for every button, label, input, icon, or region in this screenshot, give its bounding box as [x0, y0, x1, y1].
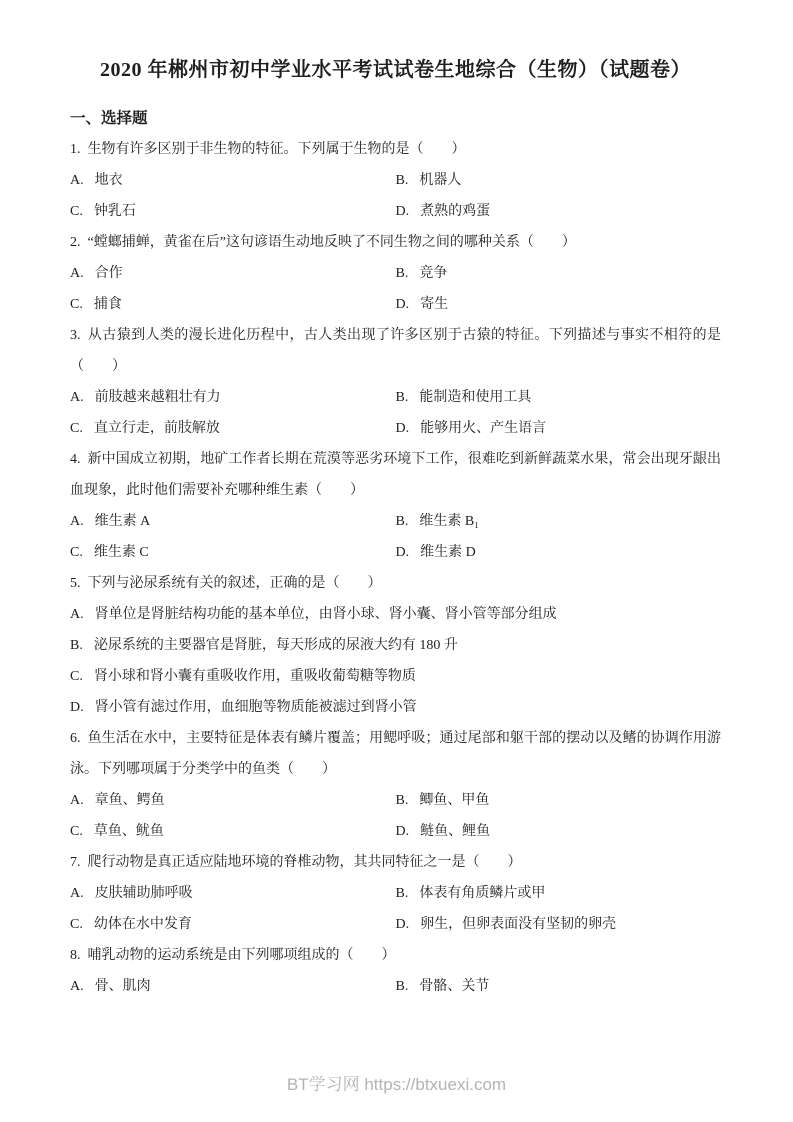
question-number: 7. — [70, 855, 81, 870]
option-text: 前肢越来越粗壮有力 — [95, 390, 221, 405]
option-label: B. — [396, 514, 409, 529]
question-text: 鱼生活在水中，主要特征是体表有鳞片覆盖；用鳃呼吸；通过尾部和躯干部的摆动以及鳍的… — [70, 731, 721, 777]
option-text: 能制造和使用工具 — [419, 390, 531, 405]
option-a: A.骨、肌肉 — [70, 971, 396, 1002]
options-grid: A.皮肤辅助肺呼吸 B.体表有角质鳞片或甲 C.幼体在水中发育 D.卵生，但卵表… — [70, 878, 721, 940]
option-text: 地衣 — [95, 173, 123, 188]
option-text: 体表有角质鳞片或甲 — [419, 886, 545, 901]
option-b: B.体表有角质鳞片或甲 — [396, 878, 722, 909]
option-text: 骨、肌肉 — [95, 979, 151, 994]
option-c: C.直立行走，前肢解放 — [70, 413, 396, 444]
option-b: B.机器人 — [396, 165, 722, 196]
option-label: D. — [396, 204, 410, 219]
option-text: 寄生 — [420, 297, 448, 312]
option-text: 机器人 — [419, 173, 461, 188]
option-c: C.捕食 — [70, 289, 396, 320]
option-label: B. — [396, 266, 409, 281]
option-label: D. — [396, 297, 410, 312]
option-text: 幼体在水中发育 — [94, 917, 192, 932]
option-d: D.寄生 — [396, 289, 722, 320]
question-1: 1.生物有许多区别于非生物的特征。下列属于生物的是（ ） A.地衣 B.机器人 … — [70, 134, 721, 227]
option-c: C.维生素 C — [70, 537, 396, 568]
question-text: 爬行动物是真正适应陆地环境的脊椎动物，其共同特征之一是（ ） — [88, 855, 522, 870]
option-label: D. — [396, 421, 410, 436]
exam-document-page: 2020 年郴州市初中学业水平考试试卷生地综合（生物）（试题卷） 一、选择题 1… — [0, 0, 793, 1122]
option-text: 维生素 B₁ — [419, 514, 479, 529]
option-label: C. — [70, 421, 83, 436]
question-8: 8.哺乳动物的运动系统是由下列哪项组成的（ ） A.骨、肌肉 B.骨骼、关节 — [70, 940, 721, 1002]
option-text: 维生素 D — [420, 545, 476, 560]
option-text: 泌尿系统的主要器官是肾脏，每天形成的尿液大约有 180 升 — [94, 638, 458, 653]
option-label: A. — [70, 886, 84, 901]
question-stem: 3.从古猿到人类的漫长进化历程中，古人类出现了许多区别于古猿的特征。下列描述与事… — [70, 320, 721, 382]
option-a: A.维生素 A — [70, 506, 396, 537]
option-text: 草鱼、鱿鱼 — [94, 824, 164, 839]
option-label: D. — [396, 824, 410, 839]
question-4: 4.新中国成立初期，地矿工作者长期在荒漠等恶劣环境下工作，很难吃到新鲜蔬菜水果，… — [70, 444, 721, 568]
question-text: 生物有许多区别于非生物的特征。下列属于生物的是（ ） — [88, 142, 466, 157]
option-text: 皮肤辅助肺呼吸 — [95, 886, 193, 901]
option-a: A.前肢越来越粗壮有力 — [70, 382, 396, 413]
question-stem: 2.“螳螂捕蝉，黄雀在后”这句谚语生动地反映了不同生物之间的哪种关系（ ） — [70, 227, 721, 258]
question-stem: 5.下列与泌尿系统有关的叙述，正确的是（ ） — [70, 568, 721, 599]
option-a: A.章鱼、鳄鱼 — [70, 785, 396, 816]
option-label: A. — [70, 793, 84, 808]
option-b: B.维生素 B₁ — [396, 506, 722, 537]
question-text: 下列与泌尿系统有关的叙述，正确的是（ ） — [88, 576, 382, 591]
option-text: 合作 — [95, 266, 123, 281]
option-label: A. — [70, 607, 84, 622]
option-text: 钟乳石 — [94, 204, 136, 219]
option-label: A. — [70, 173, 84, 188]
option-label: B. — [396, 173, 409, 188]
option-label: A. — [70, 266, 84, 281]
option-text: 竞争 — [419, 266, 447, 281]
option-b: B.竞争 — [396, 258, 722, 289]
question-number: 1. — [70, 142, 81, 157]
option-text: 章鱼、鳄鱼 — [95, 793, 165, 808]
option-label: B. — [396, 793, 409, 808]
option-label: B. — [396, 390, 409, 405]
question-number: 4. — [70, 452, 81, 467]
question-number: 6. — [70, 731, 81, 746]
option-label: A. — [70, 390, 84, 405]
page-title: 2020 年郴州市初中学业水平考试试卷生地综合（生物）（试题卷） — [70, 54, 721, 86]
option-label: D. — [396, 917, 410, 932]
option-d: D.卵生，但卵表面没有坚韧的卵壳 — [396, 909, 722, 940]
question-stem: 8.哺乳动物的运动系统是由下列哪项组成的（ ） — [70, 940, 721, 971]
option-c: C.草鱼、鱿鱼 — [70, 816, 396, 847]
option-text: 维生素 C — [94, 545, 149, 560]
option-label: B. — [396, 886, 409, 901]
question-number: 3. — [70, 328, 81, 343]
question-stem: 6.鱼生活在水中，主要特征是体表有鳞片覆盖；用鳃呼吸；通过尾部和躯干部的摆动以及… — [70, 723, 721, 785]
question-5: 5.下列与泌尿系统有关的叙述，正确的是（ ） A.肾单位是肾脏结构功能的基本单位… — [70, 568, 721, 723]
option-text: 鲢鱼、鲤鱼 — [420, 824, 490, 839]
section-heading: 一、选择题 — [70, 103, 721, 134]
option-text: 肾单位是肾脏结构功能的基本单位，由肾小球、肾小囊、肾小管等部分组成 — [95, 607, 557, 622]
option-label: B. — [396, 979, 409, 994]
option-d: D.鲢鱼、鲤鱼 — [396, 816, 722, 847]
options-grid: A.合作 B.竞争 C.捕食 D.寄生 — [70, 258, 721, 320]
option-a: A.皮肤辅助肺呼吸 — [70, 878, 396, 909]
question-stem: 4.新中国成立初期，地矿工作者长期在荒漠等恶劣环境下工作，很难吃到新鲜蔬菜水果，… — [70, 444, 721, 506]
question-3: 3.从古猿到人类的漫长进化历程中，古人类出现了许多区别于古猿的特征。下列描述与事… — [70, 320, 721, 444]
question-text: 新中国成立初期，地矿工作者长期在荒漠等恶劣环境下工作，很难吃到新鲜蔬菜水果，常会… — [70, 452, 721, 498]
options-grid: A.章鱼、鳄鱼 B.鲫鱼、甲鱼 C.草鱼、鱿鱼 D.鲢鱼、鲤鱼 — [70, 785, 721, 847]
option-text: 肾小球和肾小囊有重吸收作用，重吸收葡萄糖等物质 — [94, 669, 416, 684]
option-text: 能够用火、产生语言 — [420, 421, 546, 436]
options-grid: A.维生素 A B.维生素 B₁ C.维生素 C D.维生素 D — [70, 506, 721, 568]
question-2: 2.“螳螂捕蝉，黄雀在后”这句谚语生动地反映了不同生物之间的哪种关系（ ） A.… — [70, 227, 721, 320]
option-b: B.泌尿系统的主要器官是肾脏，每天形成的尿液大约有 180 升 — [70, 630, 721, 661]
option-label: C. — [70, 297, 83, 312]
option-label: D. — [396, 545, 410, 560]
question-text: “螳螂捕蝉，黄雀在后”这句谚语生动地反映了不同生物之间的哪种关系（ ） — [88, 235, 576, 250]
options-grid: A.前肢越来越粗壮有力 B.能制造和使用工具 C.直立行走，前肢解放 D.能够用… — [70, 382, 721, 444]
option-c: C.幼体在水中发育 — [70, 909, 396, 940]
option-d: D.维生素 D — [396, 537, 722, 568]
question-stem: 1.生物有许多区别于非生物的特征。下列属于生物的是（ ） — [70, 134, 721, 165]
option-label: A. — [70, 514, 84, 529]
question-stem: 7.爬行动物是真正适应陆地环境的脊椎动物，其共同特征之一是（ ） — [70, 847, 721, 878]
question-text: 哺乳动物的运动系统是由下列哪项组成的（ ） — [88, 948, 396, 963]
option-c: C.肾小球和肾小囊有重吸收作用，重吸收葡萄糖等物质 — [70, 661, 721, 692]
question-number: 8. — [70, 948, 81, 963]
option-label: C. — [70, 917, 83, 932]
question-number: 5. — [70, 576, 81, 591]
option-text: 捕食 — [94, 297, 122, 312]
option-text: 肾小管有滤过作用，血细胞等物质能被滤过到肾小管 — [95, 700, 417, 715]
option-label: C. — [70, 204, 83, 219]
option-b: B.骨骼、关节 — [396, 971, 722, 1002]
option-text: 维生素 A — [95, 514, 151, 529]
option-label: C. — [70, 545, 83, 560]
question-text: 从古猿到人类的漫长进化历程中，古人类出现了许多区别于古猿的特征。下列描述与事实不… — [70, 328, 721, 374]
options-grid: A.地衣 B.机器人 C.钟乳石 D.煮熟的鸡蛋 — [70, 165, 721, 227]
options-grid: A.骨、肌肉 B.骨骼、关节 — [70, 971, 721, 1002]
option-a: A.地衣 — [70, 165, 396, 196]
option-text: 鲫鱼、甲鱼 — [419, 793, 489, 808]
option-b: B.能制造和使用工具 — [396, 382, 722, 413]
option-a: A.合作 — [70, 258, 396, 289]
option-d: D.肾小管有滤过作用，血细胞等物质能被滤过到肾小管 — [70, 692, 721, 723]
footer-watermark: BT学习网 https://btxuexi.com — [0, 1070, 793, 1095]
option-label: C. — [70, 824, 83, 839]
question-7: 7.爬行动物是真正适应陆地环境的脊椎动物，其共同特征之一是（ ） A.皮肤辅助肺… — [70, 847, 721, 940]
option-label: C. — [70, 669, 83, 684]
option-c: C.钟乳石 — [70, 196, 396, 227]
option-text: 卵生，但卵表面没有坚韧的卵壳 — [420, 917, 616, 932]
option-a: A.肾单位是肾脏结构功能的基本单位，由肾小球、肾小囊、肾小管等部分组成 — [70, 599, 721, 630]
option-text: 骨骼、关节 — [419, 979, 489, 994]
option-label: A. — [70, 979, 84, 994]
options-list: A.肾单位是肾脏结构功能的基本单位，由肾小球、肾小囊、肾小管等部分组成 B.泌尿… — [70, 599, 721, 723]
question-number: 2. — [70, 235, 81, 250]
option-label: D. — [70, 700, 84, 715]
option-label: B. — [70, 638, 83, 653]
option-text: 直立行走，前肢解放 — [94, 421, 220, 436]
option-d: D.能够用火、产生语言 — [396, 413, 722, 444]
option-text: 煮熟的鸡蛋 — [420, 204, 490, 219]
option-d: D.煮熟的鸡蛋 — [396, 196, 722, 227]
option-b: B.鲫鱼、甲鱼 — [396, 785, 722, 816]
question-6: 6.鱼生活在水中，主要特征是体表有鳞片覆盖；用鳃呼吸；通过尾部和躯干部的摆动以及… — [70, 723, 721, 847]
